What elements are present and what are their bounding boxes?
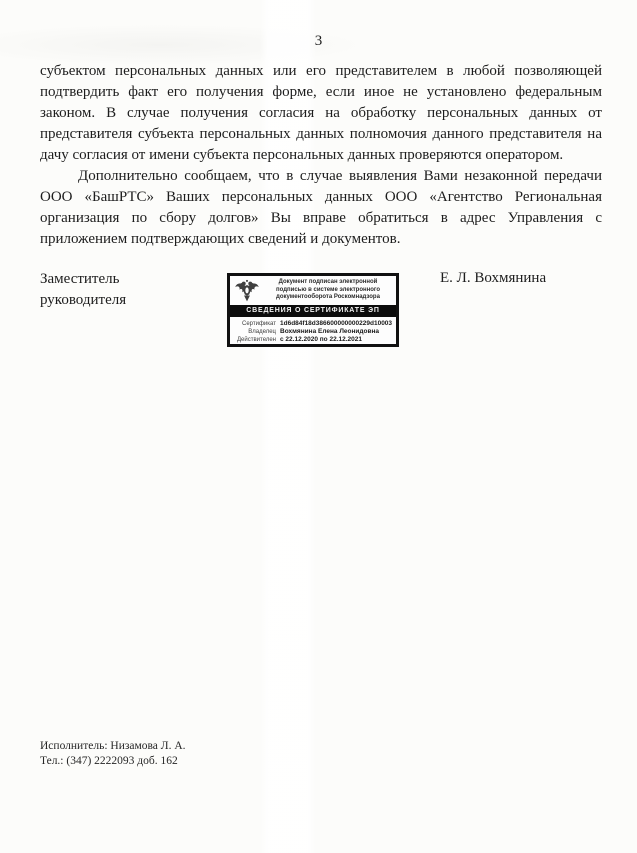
page-number: 3	[0, 33, 637, 50]
validity-value: с 22.12.2020 по 22.12.2021	[280, 336, 393, 343]
paragraph-1: субъектом персональных данных или его пр…	[40, 61, 602, 166]
signature-block: Заместитель руководителя Е. Л. Вохмянина	[40, 269, 602, 359]
stamp-top-section: Документ подписан электронной подписью в…	[230, 276, 396, 305]
signer-position-line1: Заместитель	[40, 269, 126, 290]
certificate-label: Сертификат	[232, 321, 280, 327]
certificate-value: 1d6d84f18d386600000000229d10003	[280, 320, 393, 327]
stamp-band-title: СВЕДЕНИЯ О СЕРТИФИКАТЕ ЭП	[230, 305, 396, 317]
paragraph-2: Дополнительно сообщаем, что в случае выя…	[40, 166, 602, 250]
owner-label: Владелец	[232, 329, 280, 335]
double-headed-eagle-icon	[232, 277, 262, 304]
stamp-certificate-rows: Сертификат 1d6d84f18d386600000000229d100…	[230, 317, 396, 344]
phone-line: Тел.: (347) 2222093 доб. 162	[40, 754, 186, 769]
executor-line: Исполнитель: Низамова Л. А.	[40, 739, 186, 754]
validity-label: Действителен	[232, 337, 280, 343]
certificate-row: Сертификат 1d6d84f18d386600000000229d100…	[232, 320, 393, 327]
body-text: субъектом персональных данных или его пр…	[40, 61, 602, 250]
document-page: 3 субъектом персональных данных или его …	[0, 0, 637, 853]
owner-row: Владелец Вохмянина Елена Леонидовна	[232, 328, 393, 335]
signer-position: Заместитель руководителя	[40, 269, 126, 311]
electronic-signature-stamp: Документ подписан электронной подписью в…	[227, 273, 399, 347]
owner-value: Вохмянина Елена Леонидовна	[280, 328, 393, 335]
footer-block: Исполнитель: Низамова Л. А. Тел.: (347) …	[40, 739, 186, 769]
signer-name: Е. Л. Вохмянина	[440, 270, 546, 287]
validity-row: Действителен с 22.12.2020 по 22.12.2021	[232, 336, 393, 343]
signer-position-line2: руководителя	[40, 290, 126, 311]
stamp-header-text: Документ подписан электронной подписью в…	[262, 279, 394, 302]
